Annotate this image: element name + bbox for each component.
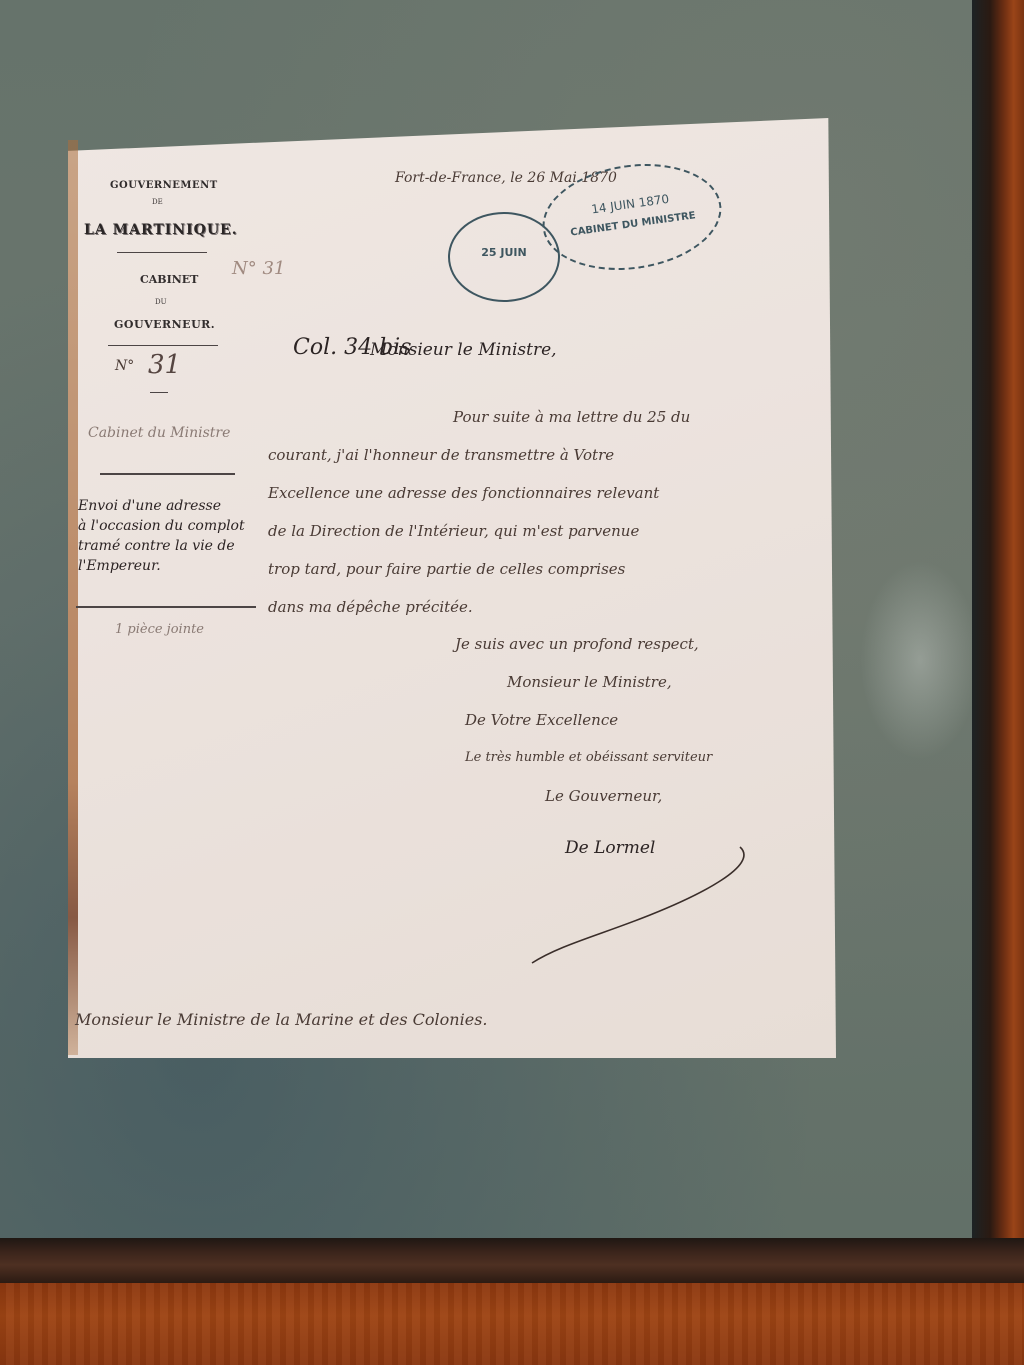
- closing-line-5: Le Gouverneur,: [455, 777, 712, 815]
- letterhead-du: DU: [155, 298, 167, 306]
- frame-right-edge: [972, 0, 1024, 1250]
- frame-bottom-edge: [0, 1238, 1024, 1283]
- closing-line-4: Le très humble et obéissant serviteur: [455, 739, 712, 777]
- addressee: Monsieur le Ministre de la Marine et des…: [75, 1010, 487, 1029]
- signature-flourish: [520, 835, 760, 970]
- letterhead-gouverneur: GOUVERNEUR.: [114, 318, 215, 331]
- received-stamp-text: 25 JUIN: [450, 246, 558, 259]
- letterhead-martinique: LA MARTINIQUE.: [84, 222, 238, 238]
- subject-line-1: Envoi d'une adresse: [78, 496, 245, 516]
- body-line-5: trop tard, pour faire partie de celles c…: [268, 550, 828, 588]
- closing-line-1: Je suis avec un profond respect,: [455, 625, 712, 663]
- letterhead-de: DE: [152, 198, 163, 206]
- letterhead-cabinet: CABINET: [140, 273, 198, 286]
- letterhead-number-prefix: N°: [115, 358, 134, 374]
- body-line-4: de la Direction de l'Intérieur, qui m'es…: [268, 512, 828, 550]
- reference-number: N° 31: [232, 258, 285, 279]
- margin-subject: Envoi d'une adresse à l'occasion du comp…: [78, 496, 245, 576]
- body-line-1: Pour suite à ma lettre du 25 du: [268, 398, 828, 436]
- salutation: Monsieur le Ministre,: [370, 340, 557, 360]
- margin-cabinet-note: Cabinet du Ministre: [88, 425, 230, 441]
- wooden-surface: [0, 1283, 1024, 1365]
- margin-rule-1: [100, 473, 235, 475]
- letterhead-rule-3: [150, 392, 168, 393]
- glass-glare: [860, 560, 980, 760]
- subject-line-3: tramé contre la vie de: [78, 536, 245, 556]
- letterhead-gouvernement: GOUVERNEMENT: [110, 180, 218, 191]
- body-line-6: dans ma dépêche précitée.: [268, 588, 828, 626]
- closing-line-3: De Votre Excellence: [455, 701, 712, 739]
- margin-enclosure: 1 pièce jointe: [115, 622, 204, 637]
- margin-rule-2: [76, 606, 256, 608]
- paper-edge-stain: [68, 140, 78, 1055]
- closing-line-2: Monsieur le Ministre,: [455, 663, 712, 701]
- letter-body: Pour suite à ma lettre du 25 du courant,…: [268, 398, 828, 626]
- letterhead-rule-2: [108, 345, 218, 346]
- letterhead-number: 31: [148, 350, 181, 380]
- subject-line-2: à l'occasion du complot: [78, 516, 245, 536]
- letter-closing: Je suis avec un profond respect, Monsieu…: [455, 625, 712, 815]
- letterhead-rule-1: [117, 252, 207, 253]
- body-line-3: Excellence une adresse des fonctionnaire…: [268, 474, 828, 512]
- body-line-2: courant, j'ai l'honneur de transmettre à…: [268, 436, 828, 474]
- subject-line-4: l'Empereur.: [78, 556, 245, 576]
